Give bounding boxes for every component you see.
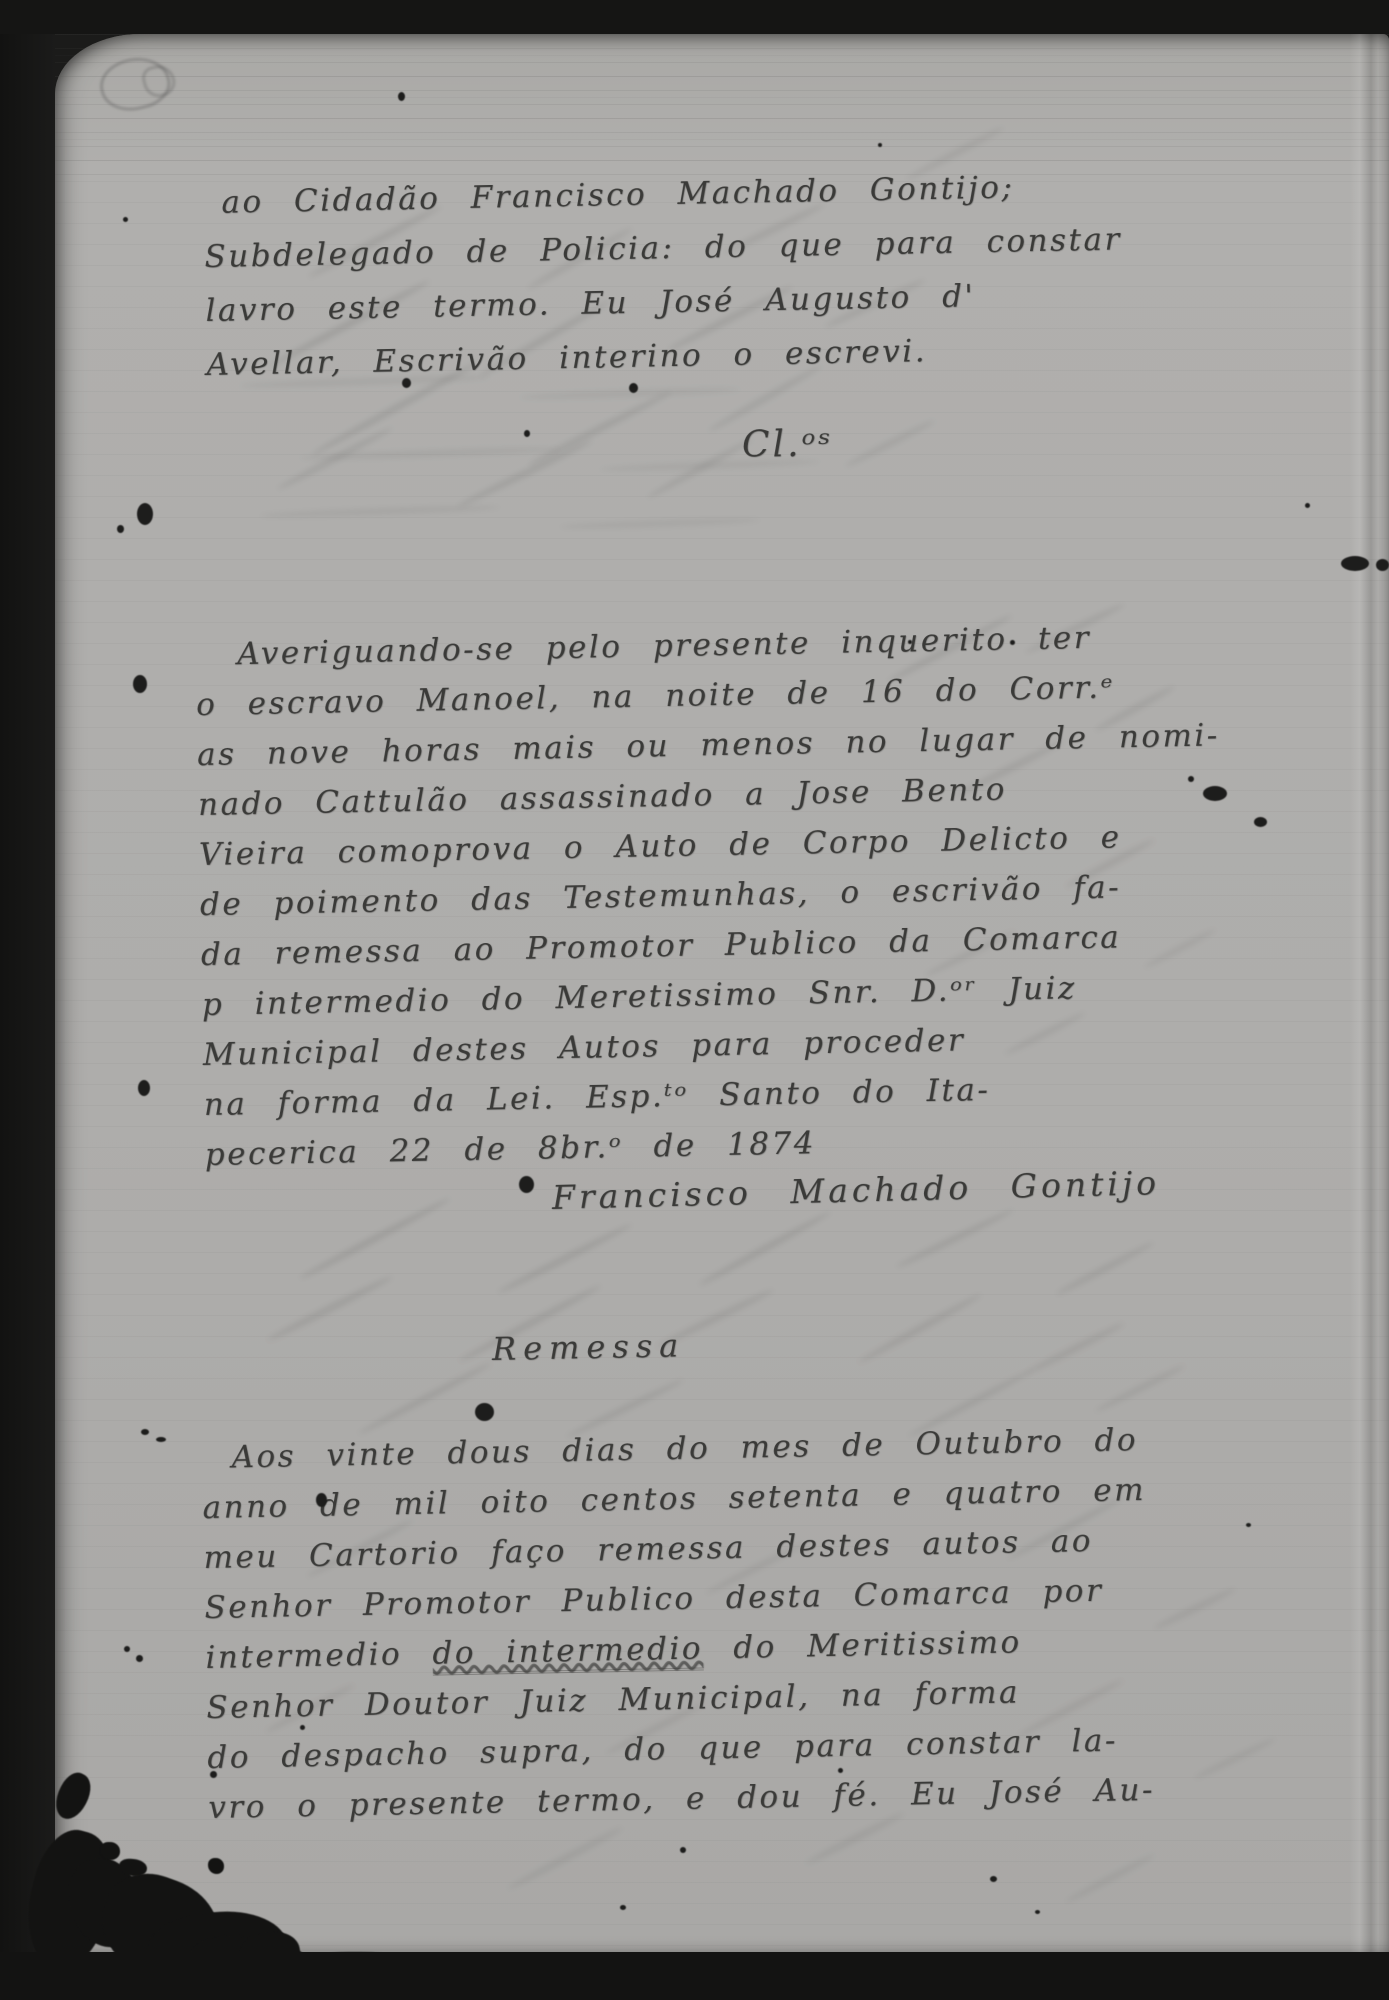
- bleed-through-stroke: [1055, 1240, 1155, 1298]
- bleed-through-stroke: [560, 517, 760, 531]
- ink-blot: [524, 430, 530, 437]
- ink-blot: [680, 1847, 686, 1853]
- ink-blot: [300, 1725, 305, 1730]
- bleed-through-stroke: [804, 1810, 905, 1866]
- bleed-through-stroke: [1153, 1586, 1237, 1632]
- ink-blot: [908, 640, 912, 644]
- scan-artifacts-layer: [0, 0, 1389, 2000]
- bleed-through-stroke: [857, 1292, 983, 1366]
- bleed-through-stroke: [310, 359, 480, 457]
- bleed-through-stroke: [260, 504, 500, 519]
- bleed-through-stroke: [824, 277, 927, 330]
- ink-blot: [519, 1176, 534, 1193]
- bleed-through-stroke: [458, 1283, 603, 1364]
- bleed-through-stroke: [269, 278, 431, 369]
- bleed-through-stroke: [895, 1207, 1015, 1270]
- bleed-through-stroke: [264, 1682, 356, 1735]
- ink-blot: [878, 143, 882, 147]
- ink-blot: [1341, 556, 1369, 571]
- ink-blot: [133, 675, 147, 693]
- bleed-through-stroke: [924, 928, 1017, 978]
- bleed-through-stroke: [300, 445, 560, 461]
- ink-blot: [138, 1080, 150, 1096]
- ink-blot: [1246, 1523, 1251, 1527]
- bleed-through-stroke: [655, 1287, 775, 1350]
- bleed-through-stroke: [604, 1700, 705, 1756]
- bleed-through-stroke: [1024, 601, 1126, 656]
- ink-blot: [620, 1905, 626, 1910]
- bleed-through-stroke: [298, 1196, 451, 1282]
- bleed-through-stroke: [307, 203, 443, 280]
- bleed-through-stroke: [1003, 1010, 1086, 1057]
- scanner-bed-top-edge: [0, 0, 1389, 34]
- scanner-bed-bottom-edge: [0, 1952, 1389, 2000]
- ink-blot: [141, 1429, 149, 1435]
- bleed-through-stroke: [887, 613, 1014, 685]
- bleed-through-stroke: [724, 201, 826, 256]
- bleed-through-stroke: [698, 1209, 833, 1288]
- bleed-through-stroke: [907, 1368, 1034, 1440]
- bleed-through-stroke: [266, 1274, 394, 1344]
- ink-blot: [990, 1876, 997, 1882]
- bleed-through-stroke: [707, 363, 823, 434]
- torn-paper-damage: [100, 1842, 120, 1860]
- bleed-through-stroke: [704, 1540, 805, 1596]
- ink-blot: [123, 217, 128, 222]
- ink-blot: [1010, 640, 1015, 645]
- ink-blot: [1035, 1910, 1040, 1914]
- bleed-through-stroke: [1193, 1736, 1277, 1782]
- bleed-through-stroke: [1094, 684, 1176, 734]
- ink-blot: [838, 1768, 843, 1773]
- ink-blot: [124, 1646, 130, 1652]
- bleed-through-stroke: [955, 738, 1065, 799]
- bleed-through-stroke: [526, 225, 633, 291]
- bleed-through-stroke: [905, 125, 1005, 183]
- ink-blot: [1188, 776, 1194, 782]
- bleed-through-stroke: [844, 418, 936, 470]
- ink-blot: [1305, 503, 1310, 508]
- ink-blot: [136, 1655, 143, 1662]
- bleed-through-stroke: [478, 298, 611, 379]
- ink-blot: [210, 1771, 217, 1778]
- bleed-through-stroke: [1064, 837, 1156, 890]
- bleed-through-stroke: [565, 1377, 685, 1440]
- bleed-through-stroke: [527, 389, 673, 468]
- ink-blot: [316, 1493, 327, 1507]
- ink-blot: [1203, 786, 1227, 801]
- bleed-through-stroke: [240, 374, 490, 390]
- ink-blot: [137, 503, 153, 525]
- torn-paper-damage: [48, 1768, 97, 1824]
- bleed-through-stroke: [1064, 1852, 1156, 1905]
- ink-blot: [475, 1403, 494, 1421]
- ink-blot: [1254, 817, 1267, 827]
- bleed-through-stroke: [357, 1360, 493, 1437]
- bleed-through-stroke: [1015, 1677, 1124, 1740]
- bleed-through-stroke: [305, 1517, 414, 1580]
- bleed-through-stroke: [1006, 1495, 1124, 1562]
- bleed-through-stroke: [1024, 1320, 1125, 1376]
- scanned-manuscript-page: ao Cidadão Francisco Machado Gontijo; Su…: [0, 0, 1389, 2000]
- ink-blot: [117, 525, 124, 533]
- bleed-through-stroke: [1094, 1363, 1186, 1415]
- bleed-through-stroke: [506, 1825, 624, 1892]
- bleed-through-stroke: [497, 1221, 634, 1295]
- ink-blot: [156, 1437, 166, 1442]
- bleed-through-stroke: [666, 284, 794, 354]
- bleed-through-stroke: [1143, 927, 1217, 971]
- ink-blot: [1376, 559, 1389, 571]
- ink-blot: [398, 92, 405, 101]
- torn-paper-damage: [208, 1858, 224, 1874]
